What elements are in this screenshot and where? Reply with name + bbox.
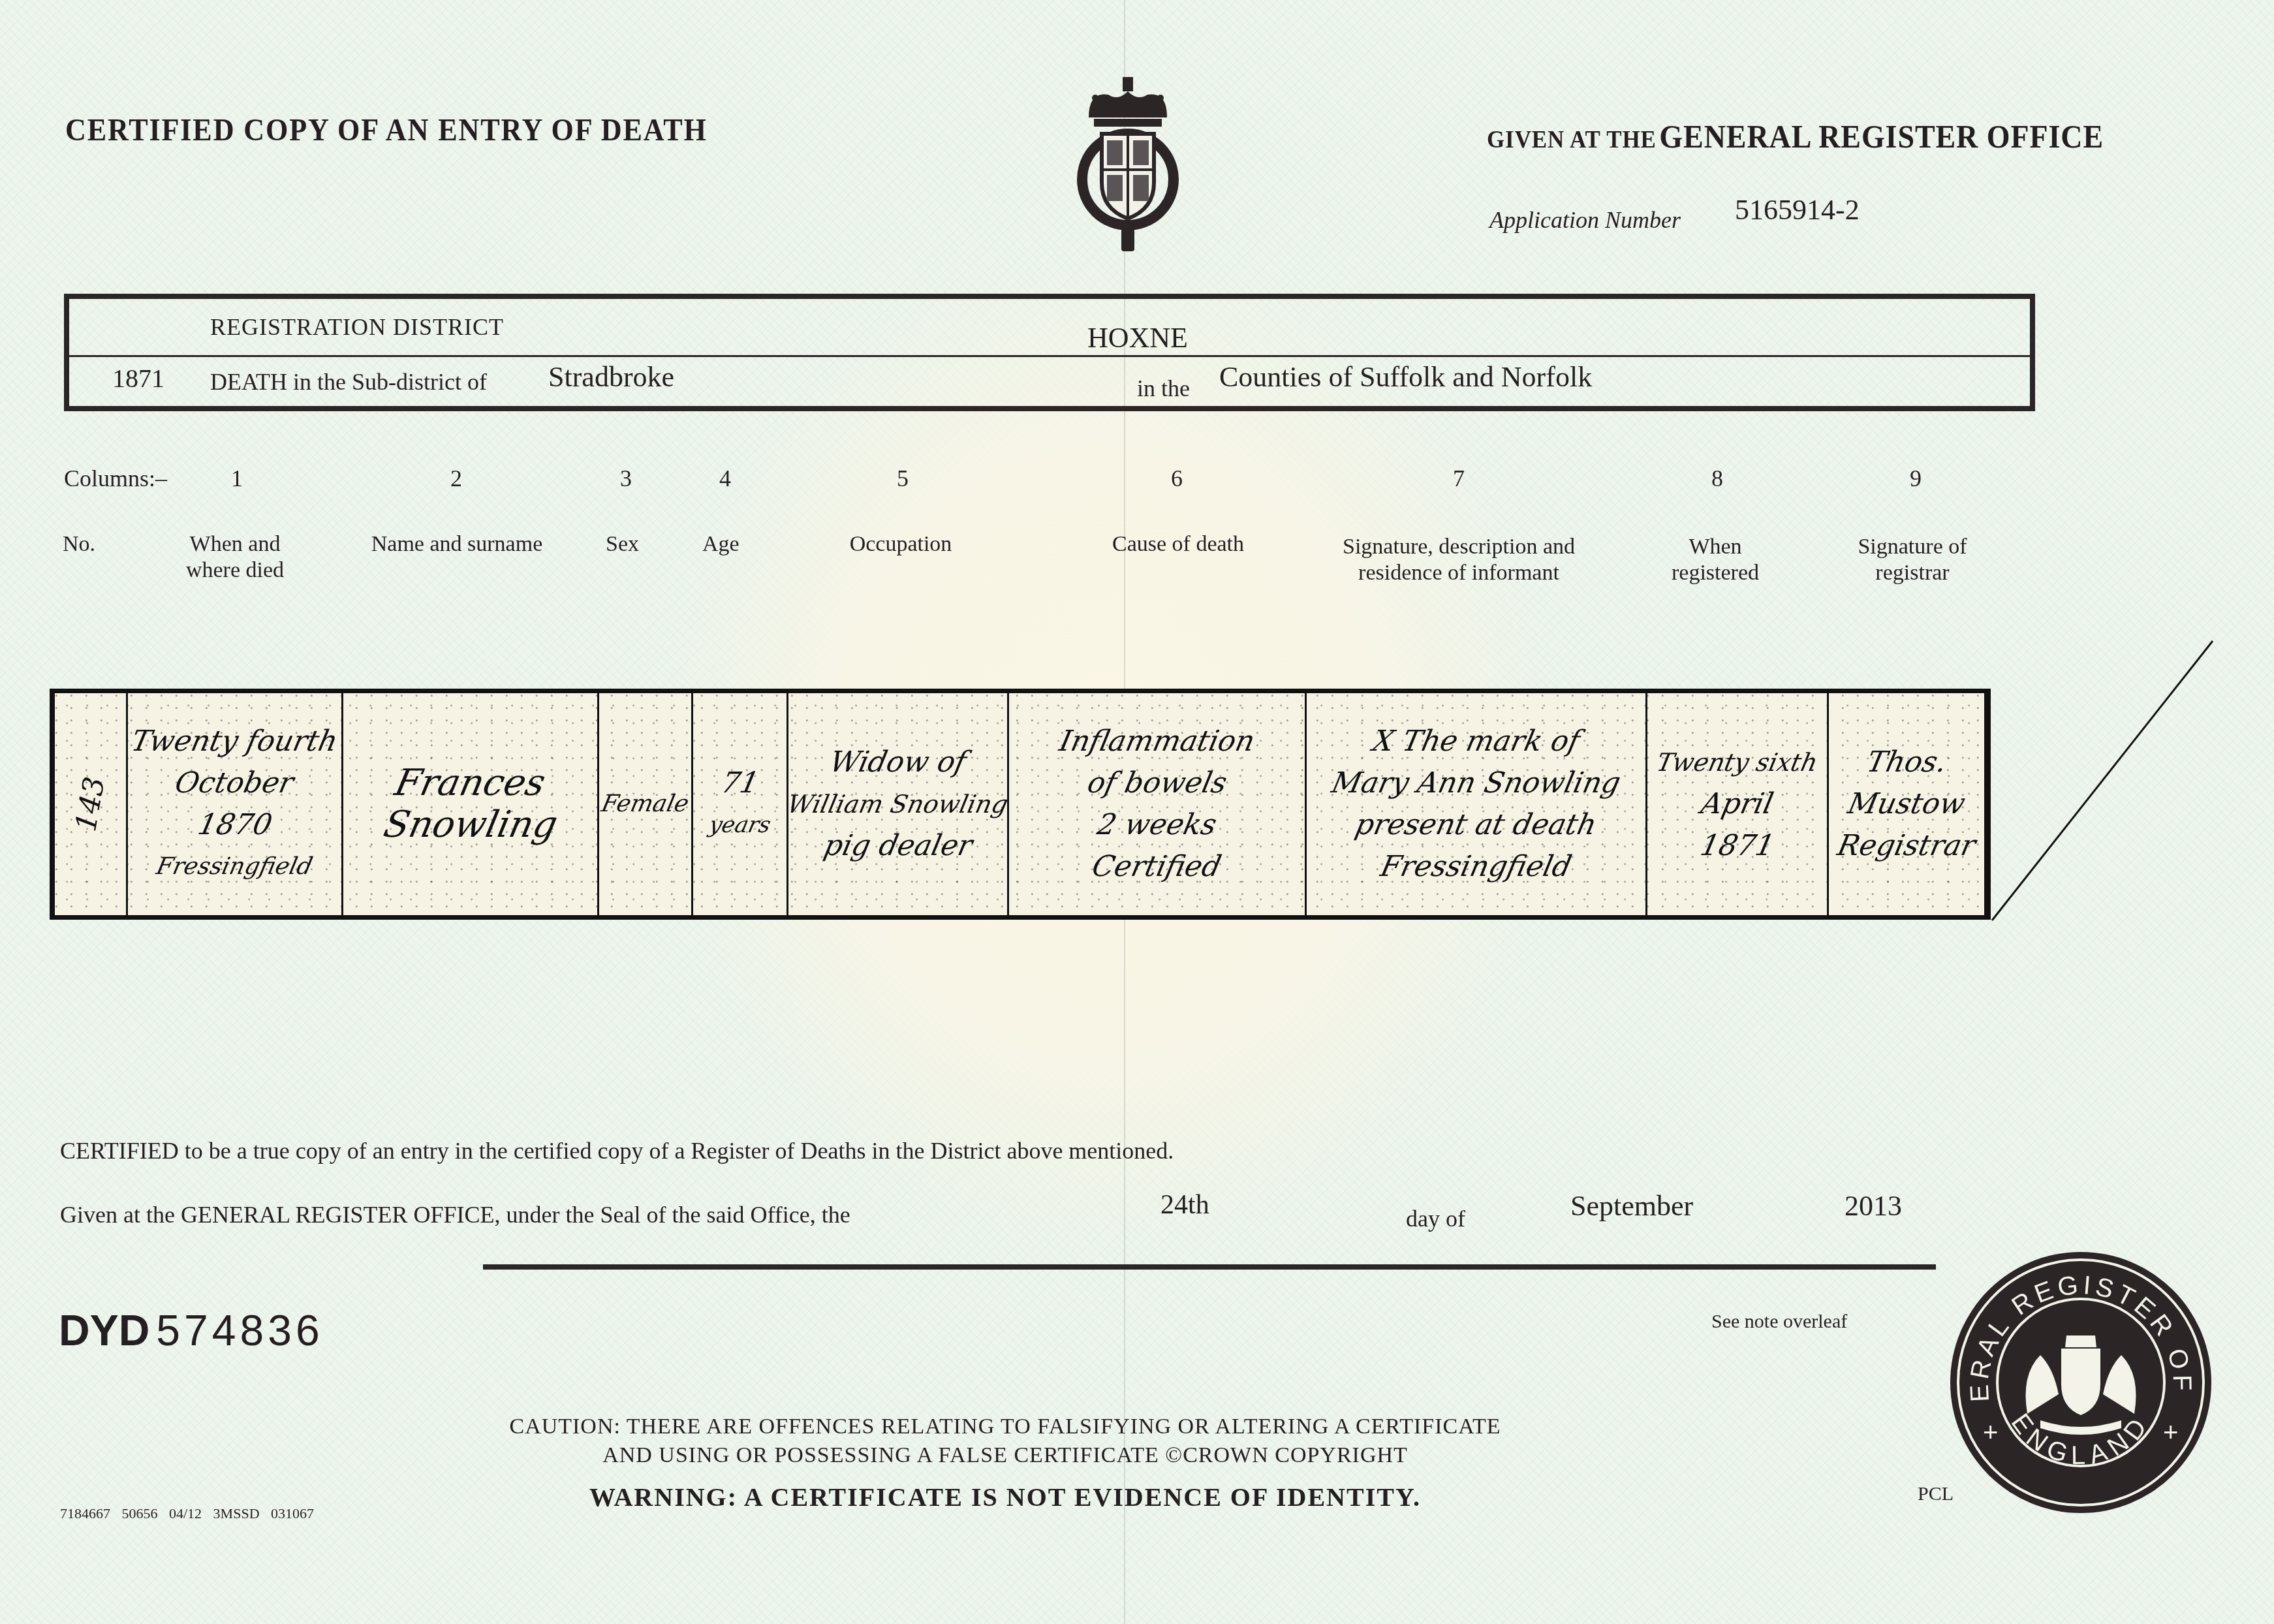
column-header-age: Age — [702, 531, 740, 557]
in-the-label: in the — [1137, 375, 1190, 402]
entry-cause-cell: Inflammation of bowels 2 weeks Certified — [1009, 693, 1307, 915]
column-number: 4 — [719, 465, 731, 492]
column-header-registered: When registered — [1658, 534, 1773, 586]
column-header-sex: Sex — [606, 531, 639, 557]
column-number: 9 — [1910, 465, 1922, 492]
column-header-when-where: When and where died — [176, 531, 294, 584]
column-header-cause: Cause of death — [1097, 531, 1260, 557]
see-note-overleaf: See note overleaf — [1711, 1311, 1847, 1333]
death-entry-row: 143 Twenty fourth October 1870 Fressingf… — [50, 689, 1991, 920]
column-header-no: No. — [63, 531, 95, 557]
registration-district-value: HOXNE — [1087, 321, 1188, 354]
svg-text:+: + — [2163, 1418, 2178, 1447]
general-register-office-seal-icon: GENERAL REGISTER OFFICE ENGLAND + + — [1949, 1251, 2213, 1514]
identity-warning: WARNING: A CERTIFICATE IS NOT EVIDENCE O… — [431, 1482, 1580, 1512]
entry-name-cell: Frances Snowling — [343, 693, 599, 915]
entry-registered-cell: Twenty sixth April 1871 — [1647, 693, 1829, 915]
svg-text:+: + — [1983, 1418, 1998, 1447]
office-name: GENERAL REGISTER OFFICE — [1659, 118, 2104, 155]
column-header-occupation: Occupation — [842, 531, 959, 557]
certification-statement: CERTIFIED to be a true copy of an entry … — [60, 1137, 1174, 1164]
entry-no-cell: 143 — [55, 693, 128, 915]
given-at-office-heading: GIVEN AT THE GENERAL REGISTER OFFICE — [1487, 117, 2104, 155]
sub-district-value: Stradbroke — [548, 360, 674, 394]
column-number: 8 — [1711, 465, 1723, 492]
column-number: 7 — [1453, 465, 1465, 492]
columns-prefix: Columns:– — [64, 465, 167, 492]
column-number: 5 — [897, 465, 909, 492]
given-under-seal-statement: Given at the GENERAL REGISTER OFFICE, un… — [60, 1201, 850, 1228]
column-number: 6 — [1171, 465, 1183, 492]
royal-crest-icon — [1076, 72, 1180, 258]
entry-when-where-cell: Twenty fourth October 1870 Fressingfield — [128, 693, 343, 915]
pcl-mark: PCL — [1918, 1483, 1954, 1505]
application-number: 5165914-2 — [1735, 193, 1860, 226]
registration-district-box: REGISTRATION DISTRICT HOXNE 1871 DEATH i… — [64, 294, 2035, 411]
certificate-title: CERTIFIED COPY OF AN ENTRY OF DEATH — [65, 112, 708, 148]
registration-district-label: REGISTRATION DISTRICT — [210, 313, 504, 341]
column-header-registrar: Signature of registrar — [1847, 534, 1978, 586]
registration-year: 1871 — [112, 363, 164, 394]
certificate-day: 24th — [1160, 1189, 1209, 1221]
form-codes: 7184667 50656 04/12 3MSSD 031067 — [60, 1505, 314, 1522]
certificate-serial: DYD574836 — [59, 1305, 324, 1355]
serial-prefix: DYD — [59, 1306, 149, 1354]
cancellation-stroke — [1984, 633, 2219, 927]
serial-number: 574836 — [156, 1306, 323, 1354]
application-number-label: Application Number — [1489, 206, 1681, 234]
caution-notice: CAUTION: THERE ARE OFFENCES RELATING TO … — [431, 1413, 1580, 1470]
certificate-year: 2013 — [1845, 1189, 1902, 1223]
entry-informant-cell: X The mark of Mary Ann Snowling present … — [1307, 693, 1647, 915]
column-header-informant: Signature, description and residence of … — [1325, 534, 1593, 586]
entry-age-cell: 71 years — [693, 693, 788, 915]
column-number: 1 — [231, 465, 243, 492]
entry-occupation-cell: Widow of William Snowling pig dealer — [788, 693, 1009, 915]
signature-rule — [483, 1264, 1936, 1270]
column-number: 3 — [620, 465, 632, 492]
divider — [69, 355, 2030, 357]
day-of-label: day of — [1406, 1205, 1465, 1232]
entry-sex-cell: Female — [599, 693, 693, 915]
sub-district-label: DEATH in the Sub-district of — [210, 368, 487, 396]
entry-registrar-cell: Thos. Mustow Registrar — [1829, 693, 1984, 915]
column-number: 2 — [450, 465, 462, 492]
column-header-name: Name and surname — [352, 531, 561, 557]
county-value: Counties of Suffolk and Norfolk — [1219, 360, 1592, 394]
certificate-month: September — [1570, 1189, 1693, 1223]
